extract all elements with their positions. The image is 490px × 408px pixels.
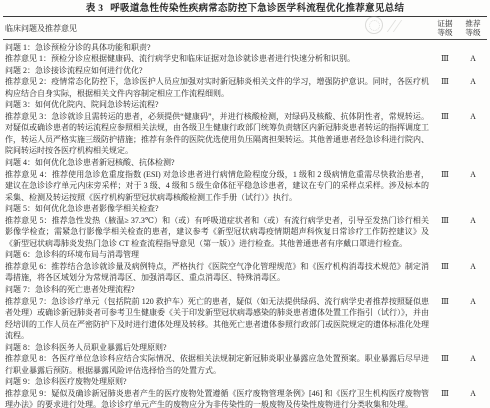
question-row: 问题 4：如何优化急诊患者新冠核酸、抗体检测? [5, 157, 487, 169]
recommend-header-line2: 等级 [459, 28, 487, 37]
table-header-row: 临床问题及推荐意见 证据 等级 推荐 等级 [3, 17, 487, 40]
recommendation-text: 推荐意见 3：急诊就诊且需转运的患者，必须提供“健康码”，并进行核酸检测，对绿码… [5, 111, 431, 157]
recommendation-grade: A [459, 215, 487, 227]
recommendations-table: 临床问题及推荐意见 证据 等级 推荐 等级 问题 1：急诊预检分诊的具体功能和职… [3, 16, 487, 408]
table-number: 表 3 [86, 4, 104, 14]
question-row: 问题 8：急诊科医务人员职业暴露后处理原则? [5, 342, 487, 354]
recommendation-grade: A [459, 388, 487, 400]
question-text: 问题 3：如何优化院内、院间急诊转运流程? [5, 99, 431, 111]
question-text: 问题 4：如何优化急诊患者新冠核酸、抗体检测? [5, 157, 431, 169]
recommendation-text: 推荐意见 6：推荐结合急诊就诊量及病例特点，严格执行《医院空气净化管理规范》和《… [5, 261, 431, 284]
recommendation-grade: A [459, 353, 487, 365]
question-row: 问题 5：如何优化急诊患者影像学相关检查? [5, 203, 487, 215]
question-row: 问题 2：急诊接诊流程应如何进行优化? [5, 65, 487, 77]
table-title-text: 呼吸道急性传染性疾病常态防控下急诊医学科流程优化推荐意见总结 [110, 4, 404, 14]
question-row: 问题 6：急诊科的环境布局与消毒管理 [5, 249, 487, 261]
evidence-header-line2: 等级 [431, 28, 459, 37]
evidence-header-line1: 证据 [431, 19, 459, 28]
question-text: 问题 2：急诊接诊流程应如何进行优化? [5, 65, 431, 77]
question-text: 问题 8：急诊科医务人员职业暴露后处理原则? [5, 342, 431, 354]
question-text: 问题 1：急诊预检分诊的具体功能和职责? [5, 42, 431, 54]
recommendation-text: 推荐意见 4：推荐使用急诊危重度指数 (ESI) 对急诊患者进行病情危险程度分级… [5, 169, 431, 204]
recommendation-row: 推荐意见 1：预检分诊应根据健康码、流行病学史和临床证据对急诊就诊患者进行快速分… [5, 53, 487, 65]
recommendation-text: 推荐意见 1：预检分诊应根据健康码、流行病学史和临床证据对急诊就诊患者进行快速分… [5, 53, 431, 65]
question-row: 问题 3：如何优化院内、院间急诊转运流程? [5, 99, 487, 111]
recommendation-grade: A [459, 111, 487, 123]
table-title: 表 3呼吸道急性传染性疾病常态防控下急诊医学科流程优化推荐意见总结 [0, 0, 490, 15]
question-row: 问题 9：急诊科医疗废物处理原则? [5, 376, 487, 388]
recommendation-text: 推荐意见 2：疫情常态化防控下，急诊医护人员应加强对实时新冠肺炎相关文件的学习，… [5, 76, 431, 99]
recommendation-row: 推荐意见 9：疑似及确诊新冠肺炎患者产生的医疗废物处置遵循《医疗废物管理条例》[… [5, 388, 487, 408]
recommendation-grade: A [459, 53, 487, 65]
recommendation-row: 推荐意见 2：疫情常态化防控下，急诊医护人员应加强对实时新冠肺炎相关文件的学习，… [5, 76, 487, 99]
question-text: 问题 9：急诊科医疗废物处理原则? [5, 376, 431, 388]
column-header-evidence-level: 证据 等级 [431, 19, 459, 37]
question-row: 问题 1：急诊预检分诊的具体功能和职责? [5, 42, 487, 54]
paper-table-page: 表 3呼吸道急性传染性疾病常态防控下急诊医学科流程优化推荐意见总结 临床问题及推… [0, 0, 490, 408]
recommendation-row: 推荐意见 3：急诊就诊且需转运的患者，必须提供“健康码”，并进行核酸检测，对绿码… [5, 111, 487, 157]
evidence-grade: Ⅲ [431, 215, 459, 227]
table-body: 问题 1：急诊预检分诊的具体功能和职责? 推荐意见 1：预检分诊应根据健康码、流… [3, 40, 487, 408]
recommendation-row: 推荐意见 5：推荐急性发热（腋温≥ 37.3℃）和（或）有呼吸道症状者和（或）有… [5, 215, 487, 250]
recommendation-grade: A [459, 169, 487, 181]
recommendation-grade: A [459, 76, 487, 88]
question-text: 问题 7：急诊科的死亡患者处理流程? [5, 284, 431, 296]
recommend-header-line1: 推荐 [459, 19, 487, 28]
recommendation-text: 推荐意见 8：各医疗单位急诊科应结合实际情况、依据相关法规制定新冠肺炎职业暴露应… [5, 353, 431, 376]
evidence-grade: Ⅲ [431, 76, 459, 88]
recommendation-text: 推荐意见 7：急诊诊疗单元（包括院前 120 救护车）死亡的患者，疑似（如无法提… [5, 296, 431, 342]
question-text: 问题 6：急诊科的环境布局与消毒管理 [5, 249, 431, 261]
evidence-grade: Ⅲ [431, 296, 459, 308]
column-header-clinical-questions: 临床问题及推荐意见 [5, 23, 431, 34]
evidence-grade: Ⅲ [431, 111, 459, 123]
evidence-grade: Ⅲ [431, 388, 459, 400]
question-text: 问题 5：如何优化急诊患者影像学相关检查? [5, 203, 431, 215]
evidence-grade: Ⅲ [431, 169, 459, 181]
recommendation-row: 推荐意见 7：急诊诊疗单元（包括院前 120 救护车）死亡的患者，疑似（如无法提… [5, 296, 487, 342]
evidence-grade: Ⅲ [431, 353, 459, 365]
evidence-grade: Ⅲ [431, 53, 459, 65]
recommendation-text: 推荐意见 9：疑似及确诊新冠肺炎患者产生的医疗废物处置遵循《医疗废物管理条例》[… [5, 388, 431, 408]
recommendation-row: 推荐意见 8：各医疗单位急诊科应结合实际情况、依据相关法规制定新冠肺炎职业暴露应… [5, 353, 487, 376]
recommendation-row: 推荐意见 4：推荐使用急诊危重度指数 (ESI) 对急诊患者进行病情危险程度分级… [5, 169, 487, 204]
recommendation-row: 推荐意见 6：推荐结合急诊就诊量及病例特点，严格执行《医院空气净化管理规范》和《… [5, 261, 487, 284]
recommendation-text: 推荐意见 5：推荐急性发热（腋温≥ 37.3℃）和（或）有呼吸道症状者和（或）有… [5, 215, 431, 250]
recommendation-grade: A [459, 261, 487, 273]
evidence-grade: Ⅲ [431, 261, 459, 273]
recommendation-grade: A [459, 296, 487, 308]
column-header-recommendation-level: 推荐 等级 [459, 19, 487, 37]
question-row: 问题 7：急诊科的死亡患者处理流程? [5, 284, 487, 296]
